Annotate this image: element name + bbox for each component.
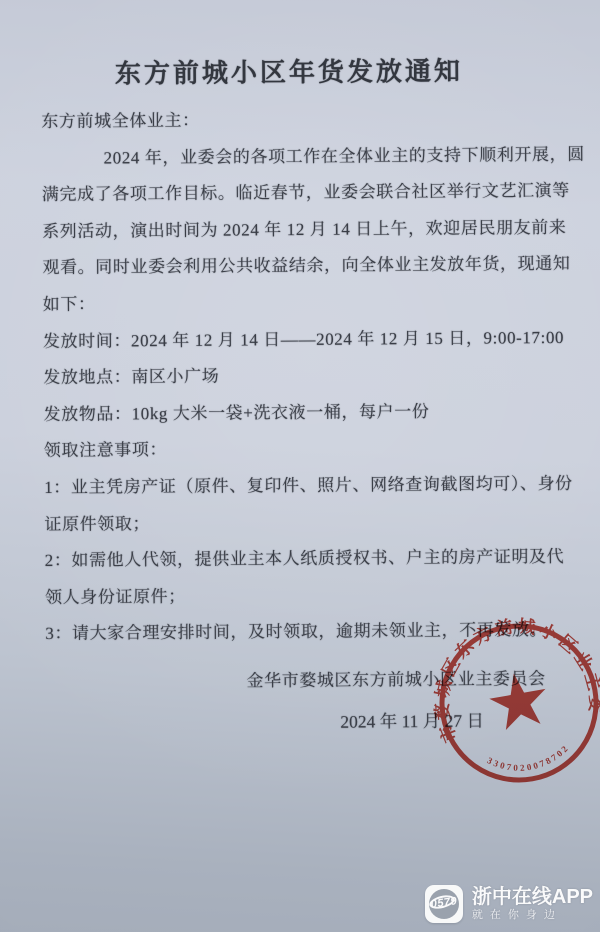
app-tagline: 就在你身边 [472,908,593,923]
app-logo-icon: 0579 [425,885,463,923]
document-line: 发放地点：南区小广场 [43,356,559,397]
document-line: 1：业主凭房产证（原件、复印件、照片、网络查询截图均可）、身份 [44,466,560,507]
watermark-text: 浙中在线APP 就在你身边 [472,886,593,923]
notice-title: 东方前城小区年货发放通知 [41,50,537,96]
signature: 金华市婺城区东方前城小区业主委员会 [46,661,562,702]
document-line: 满完成了各项工作目标。临近春节，业委会联合社区举行文艺汇演等 [42,173,558,214]
watermark-badge: 0579 浙中在线APP 就在你身边 [425,885,593,923]
document-line: 2024 年，业委会的各项工作在全体业主的支持下顺利开展，圆 [41,137,557,178]
salutation: 东方前城全体业主： [41,100,557,141]
document-line: 发放时间：2024 年 12 月 14 日——2024 年 12 月 15 日，… [43,320,559,361]
document-line: 证原件领取； [44,502,560,543]
document-line: 3：请大家合理安排时间，及时领取，逾期未领业主，不再发放。 [45,612,561,653]
document-line: 领取注意事项： [44,429,560,470]
document-line: 2：如需他人代领，提供业主本人纸质授权书、户主的房产证明及代 [45,539,561,580]
document-line: 如下： [43,283,559,324]
document-line: 观看。同时业委会利用公共收益结余，向全体业主发放年货，现通知 [42,246,558,287]
app-name: 浙中在线APP [472,886,593,908]
document-line: 系列活动，演出时间为 2024 年 12 月 14 日上午，欢迎居民朋友前来 [42,210,558,251]
notice-document: 东方前城小区年货发放通知 东方前城全体业主： 2024 年，业委会的各项工作在全… [0,0,600,932]
document-line: 发放物品：10kg 大米一袋+洗衣液一桶，每户一份 [43,393,559,434]
document-line: 领人身份证原件； [45,576,561,617]
document-photo: 东方前城小区年货发放通知 东方前城全体业主： 2024 年，业委会的各项工作在全… [0,0,600,932]
issue-date: 2024 年 11 月 27 日 [46,701,562,742]
